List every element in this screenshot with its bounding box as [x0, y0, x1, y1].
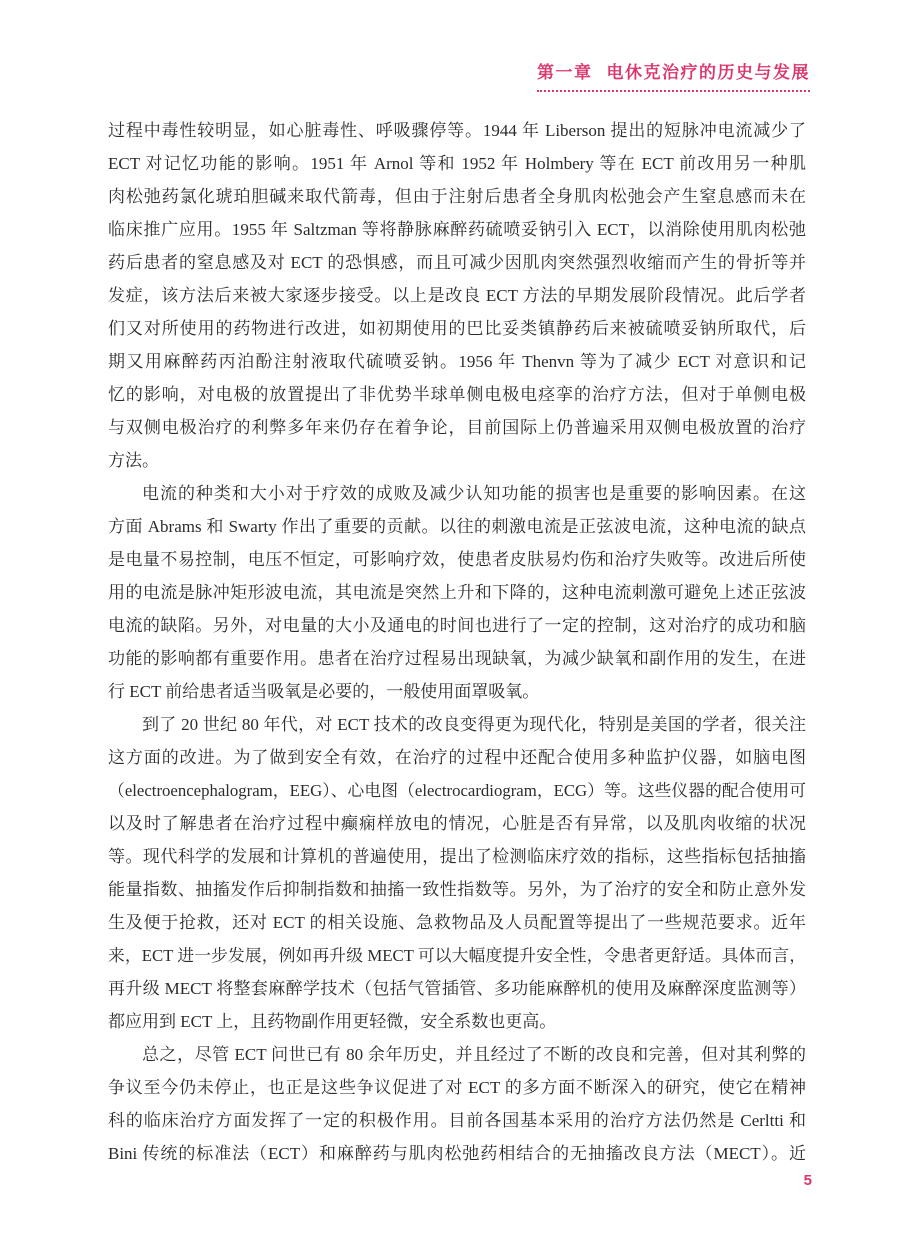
paragraph: 电流的种类和大小对于疗效的成败及减少认知功能的损害也是重要的影响因素。在这方面 … — [108, 477, 806, 708]
text-line: 能量指数、抽搐发作后抑制指数和抽搐一致性指数等。另外，为了治疗的安全和防止意外发 — [108, 873, 806, 906]
text-line: 都应用到 ECT 上，且药物副作用更轻微，安全系数也更高。 — [108, 1005, 806, 1038]
text-line: 是电量不易控制，电压不恒定，可影响疗效，使患者皮肤易灼伤和治疗失败等。改进后所使 — [108, 543, 806, 576]
text-line: 这方面的改进。为了做到安全有效，在治疗的过程中还配合使用多种监护仪器，如脑电图 — [108, 741, 806, 774]
text-line: 方法。 — [108, 444, 806, 477]
text-line: 功能的影响都有重要作用。患者在治疗过程易出现缺氧，为减少缺氧和副作用的发生，在进 — [108, 642, 806, 675]
paragraph: 总之，尽管 ECT 问世已有 80 余年历史，并且经过了不断的改良和完善，但对其… — [108, 1038, 806, 1170]
page-number: 5 — [804, 1172, 812, 1189]
text-line: 们又对所使用的药物进行改进，如初期使用的巴比妥类镇静药后来被硫喷妥钠所取代，后 — [108, 312, 806, 345]
text-line: 电流的种类和大小对于疗效的成败及减少认知功能的损害也是重要的影响因素。在这 — [108, 477, 806, 510]
text-line: 争议至今仍未停止，也正是这些争议促进了对 ECT 的多方面不断深入的研究，使它在… — [108, 1071, 806, 1104]
chapter-number: 第一章 — [537, 63, 593, 82]
text-line: 发症，该方法后来被大家逐步接受。以上是改良 ECT 方法的早期发展阶段情况。此后… — [108, 279, 806, 312]
text-line: 再升级 MECT 将整套麻醉学技术（包括气管插管、多功能麻醉机的使用及麻醉深度监… — [108, 972, 806, 1005]
text-line: 以及时了解患者在治疗过程中癫痫样放电的情况，心脏是否有异常，以及肌肉收缩的状况 — [108, 807, 806, 840]
paragraph: 过程中毒性较明显，如心脏毒性、呼吸骤停等。1944 年 Liberson 提出的… — [108, 114, 806, 477]
text-line: 忆的影响，对电极的放置提出了非优势半球单侧电极电痉挛的治疗方法，但对于单侧电极 — [108, 378, 806, 411]
text-line: 用的电流是脉冲矩形波电流，其电流是突然上升和下降的，这种电流刺激可避免上述正弦波 — [108, 576, 806, 609]
text-line: 期又用麻醉药丙泊酚注射液取代硫喷妥钠。1956 年 Thenvn 等为了减少 E… — [108, 345, 806, 378]
text-line: 电流的缺陷。另外，对电量的大小及通电的时间也进行了一定的控制，这对治疗的成功和脑 — [108, 609, 806, 642]
page-body: 过程中毒性较明显，如心脏毒性、呼吸骤停等。1944 年 Liberson 提出的… — [108, 114, 806, 1170]
header-dotted-rule — [537, 90, 810, 92]
text-line: （electroencephalogram，EEG）、心电图（electroca… — [108, 774, 806, 807]
text-line: 与双侧电极治疗的利弊多年来仍存在着争论，目前国际上仍普遍采用双侧电极放置的治疗 — [108, 411, 806, 444]
text-line: 过程中毒性较明显，如心脏毒性、呼吸骤停等。1944 年 Liberson 提出的… — [108, 114, 806, 147]
text-line: 来，ECT 进一步发展，例如再升级 MECT 可以大幅度提升安全性，令患者更舒适… — [108, 939, 806, 972]
text-line: 肉松弛药氯化琥珀胆碱来取代箭毒，但由于注射后患者全身肌肉松弛会产生窒息感而未在 — [108, 180, 806, 213]
text-line: ECT 对记忆功能的影响。1951 年 Arnol 等和 1952 年 Holm… — [108, 147, 806, 180]
text-line: Bini 传统的标准法（ECT）和麻醉药与肌肉松弛药相结合的无抽搐改良方法（ME… — [108, 1137, 806, 1170]
chapter-header: 第一章电休克治疗的历史与发展 — [537, 58, 810, 92]
book-page: 第一章电休克治疗的历史与发展 过程中毒性较明显，如心脏毒性、呼吸骤停等。1944… — [0, 0, 900, 1245]
chapter-header-text: 第一章电休克治疗的历史与发展 — [537, 58, 810, 83]
text-line: 总之，尽管 ECT 问世已有 80 余年历史，并且经过了不断的改良和完善，但对其… — [108, 1038, 806, 1071]
text-line: 科的临床治疗方面发挥了一定的积极作用。目前各国基本采用的治疗方法仍然是 Cerl… — [108, 1104, 806, 1137]
text-line: 行 ECT 前给患者适当吸氧是必要的，一般使用面罩吸氧。 — [108, 675, 806, 708]
text-line: 药后患者的窒息感及对 ECT 的恐惧感，而且可减少因肌肉突然强烈收缩而产生的骨折… — [108, 246, 806, 279]
chapter-title: 电休克治疗的历史与发展 — [607, 63, 811, 82]
text-line: 等。现代科学的发展和计算机的普遍使用，提出了检测临床疗效的指标，这些指标包括抽搐 — [108, 840, 806, 873]
text-line: 临床推广应用。1955 年 Saltzman 等将静脉麻醉药硫喷妥钠引入 ECT… — [108, 213, 806, 246]
chapter-header-inner: 第一章电休克治疗的历史与发展 — [537, 58, 810, 92]
text-line: 生及便于抢救，还对 ECT 的相关设施、急救物品及人员配置等提出了一些规范要求。… — [108, 906, 806, 939]
paragraph: 到了 20 世纪 80 年代，对 ECT 技术的改良变得更为现代化，特别是美国的… — [108, 708, 806, 1038]
text-line: 方面 Abrams 和 Swarty 作出了重要的贡献。以往的刺激电流是正弦波电… — [108, 510, 806, 543]
text-line: 到了 20 世纪 80 年代，对 ECT 技术的改良变得更为现代化，特别是美国的… — [108, 708, 806, 741]
